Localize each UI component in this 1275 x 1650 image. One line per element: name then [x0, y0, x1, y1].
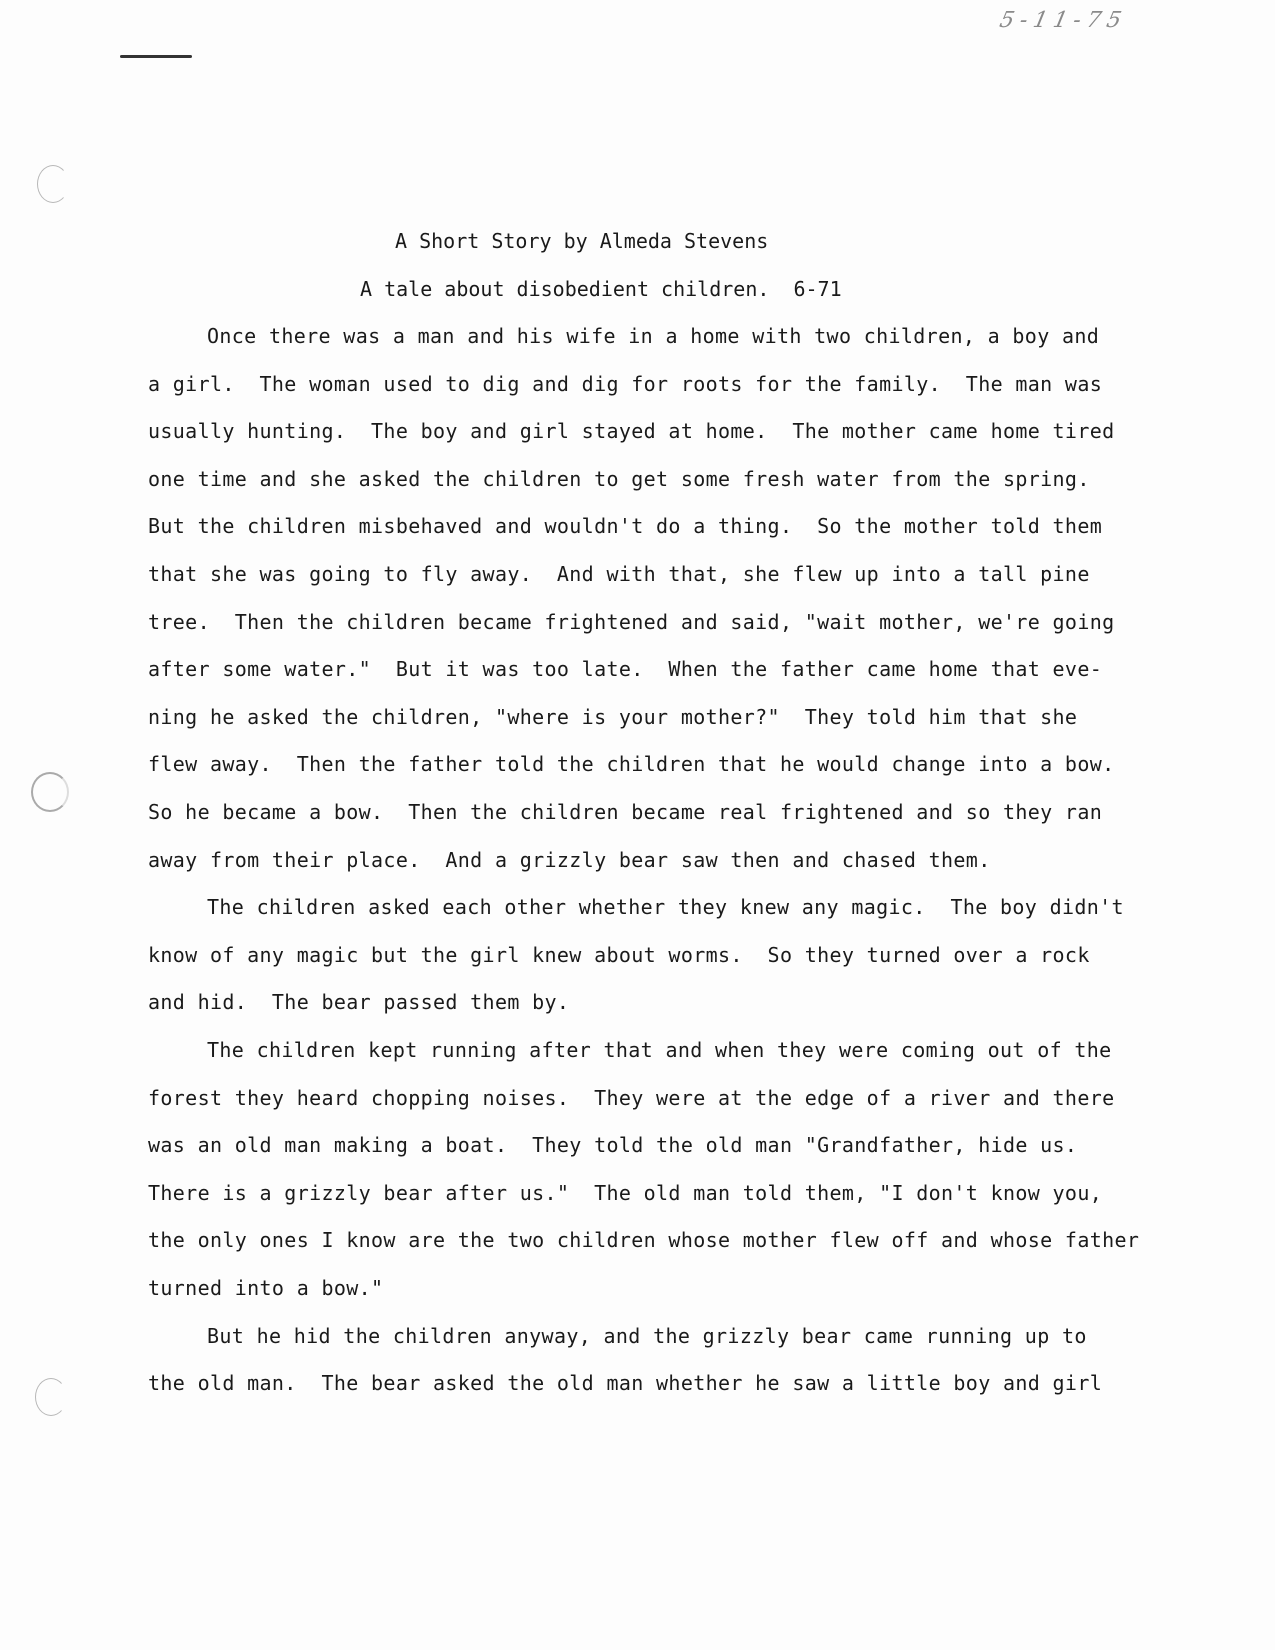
story-line: flew away. Then the father told the chil…: [148, 752, 1115, 776]
story-line: So he became a bow. Then the children be…: [148, 800, 1102, 824]
story-line: after some water." But it was too late. …: [148, 657, 1102, 681]
story-line: forest they heard chopping noises. They …: [148, 1086, 1115, 1110]
story-line: turned into a bow.": [148, 1276, 383, 1300]
story-line: was an old man making a boat. They told …: [148, 1133, 1077, 1157]
punch-hole-icon: [35, 1378, 67, 1416]
document-page: 5-11-75 A Short Story by Almeda Stevens …: [0, 0, 1275, 1650]
story-line: one time and she asked the children to g…: [148, 467, 1090, 491]
story-line: know of any magic but the girl knew abou…: [148, 943, 1090, 967]
document-title: A Short Story by Almeda Stevens: [395, 229, 1275, 253]
handwritten-date: 5-11-75: [997, 8, 1129, 33]
story-line: ning he asked the children, "where is yo…: [148, 705, 1077, 729]
punch-hole-icon: [37, 165, 69, 203]
story-line: But the children misbehaved and wouldn't…: [148, 514, 1102, 538]
story-line: away from their place. And a grizzly bea…: [148, 848, 991, 872]
punch-hole-icon: [31, 772, 69, 812]
story-line: usually hunting. The boy and girl stayed…: [148, 419, 1115, 443]
document-subtitle: A tale about disobedient children. 6-71: [360, 277, 1275, 301]
story-line: There is a grizzly bear after us." The o…: [148, 1181, 1102, 1205]
story-line: But he hid the children anyway, and the …: [207, 1324, 1087, 1348]
story-line: the only ones I know are the two childre…: [148, 1228, 1139, 1252]
pen-mark: [120, 55, 192, 58]
story-line: that she was going to fly away. And with…: [148, 562, 1090, 586]
story-line: The children asked each other whether th…: [207, 895, 1124, 919]
story-line: a girl. The woman used to dig and dig fo…: [148, 372, 1102, 396]
story-line: and hid. The bear passed them by.: [148, 990, 569, 1014]
story-line: tree. Then the children became frightene…: [148, 610, 1115, 634]
story-line: the old man. The bear asked the old man …: [148, 1371, 1102, 1395]
story-line: Once there was a man and his wife in a h…: [207, 324, 1099, 348]
story-line: The children kept running after that and…: [207, 1038, 1112, 1062]
